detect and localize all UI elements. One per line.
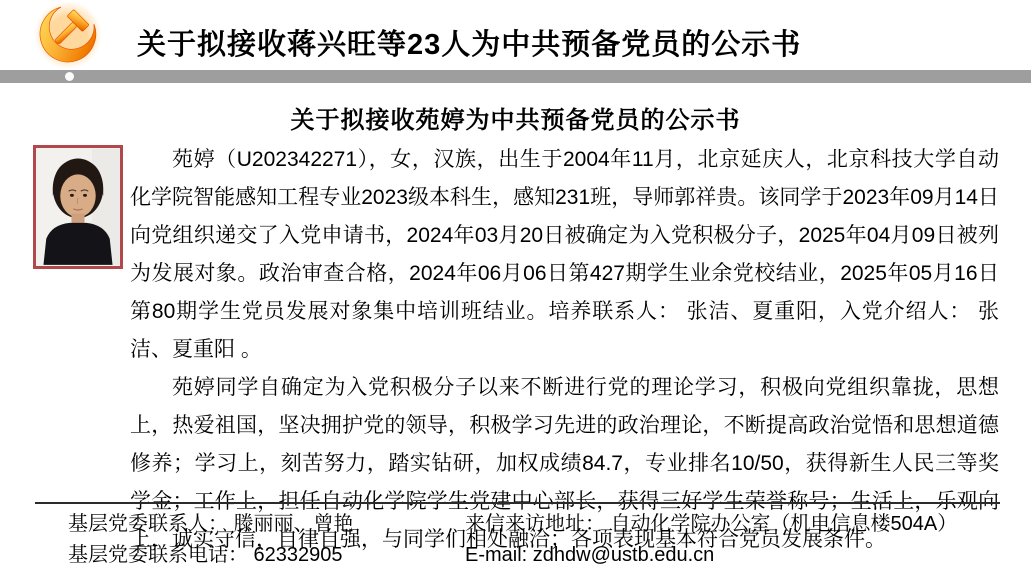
document-body: 苑婷（U202342271），女，汉族，出生于2004年11月，北京延庆人，北京…	[130, 141, 999, 559]
cpc-party-emblem-icon	[34, 1, 102, 69]
divider-dot-icon	[65, 72, 74, 81]
committee-contact-phone: 基层党委联系电话： 62332905	[68, 540, 460, 571]
footer-left-column: 基层党委联系人： 滕丽丽、曾艳 基层党委联系电话： 62332905	[68, 509, 460, 571]
header-bar: 关于拟接收蒋兴旺等23人为中共预备党员的公示书	[0, 0, 1031, 70]
footer-right-column: 来信来访地址： 自动化学院办公室（机电信息楼504A） E-mail: zdhd…	[465, 509, 957, 571]
paragraph-1: 苑婷（U202342271），女，汉族，出生于2004年11月，北京延庆人，北京…	[130, 141, 999, 369]
visit-address: 来信来访地址： 自动化学院办公室（机电信息楼504A）	[465, 509, 957, 540]
footer: 基层党委联系人： 滕丽丽、曾艳 基层党委联系电话： 62332905 来信来访地…	[0, 509, 1031, 571]
divider-bar	[0, 70, 1031, 83]
portrait-photo-image	[36, 148, 120, 266]
announcement-page: 关于拟接收蒋兴旺等23人为中共预备党员的公示书 关于拟接收苑婷为中共预备党员的公…	[0, 0, 1031, 579]
committee-contact-person: 基层党委联系人： 滕丽丽、曾艳	[68, 509, 460, 540]
document-title: 关于拟接收苑婷为中共预备党员的公示书	[0, 100, 1031, 135]
portrait-photo	[33, 145, 123, 269]
email-address: E-mail: zdhdw@ustb.edu.cn	[465, 540, 957, 571]
footer-divider	[35, 502, 1000, 504]
header-title: 关于拟接收蒋兴旺等23人为中共预备党员的公示书	[137, 22, 801, 63]
